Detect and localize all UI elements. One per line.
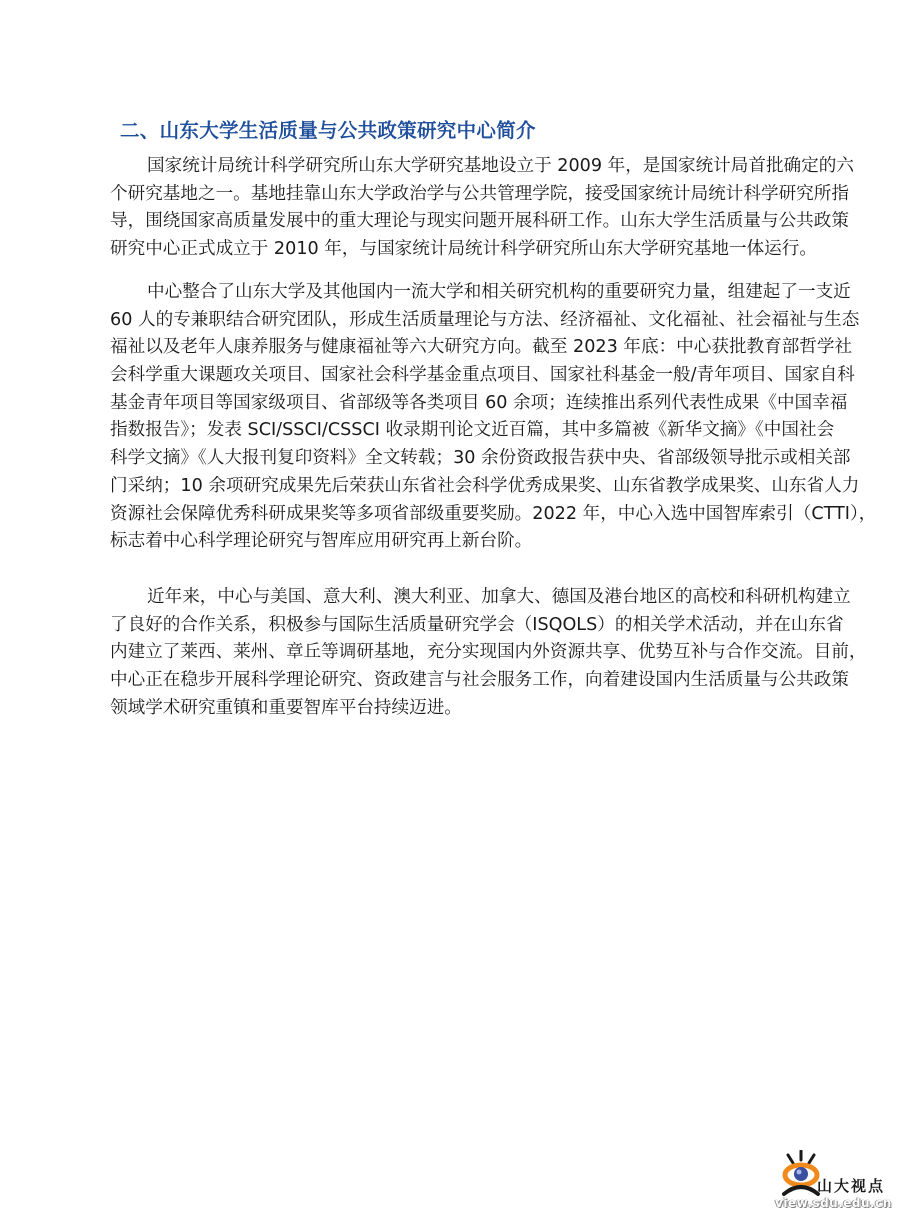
watermark-logo: 山大视点 view.sdu.edu.cn	[775, 1148, 900, 1213]
paragraph-3: 近年来，中心与美国、意大利、澳大利亚、加拿大、德国及港台地区的高校和科研机构建立…	[110, 584, 815, 722]
paragraph-line: 领域学术研究重镇和重要智库平台持续迈进。	[110, 695, 815, 723]
paragraph-line: 中心整合了山东大学及其他国内一流大学和相关研究机构的重要研究力量，组建起了一支近	[110, 279, 815, 307]
eye-logo-icon	[781, 1150, 821, 1198]
paragraph-line: 近年来，中心与美国、意大利、澳大利亚、加拿大、德国及港台地区的高校和科研机构建立	[110, 584, 815, 612]
watermark-url: view.sdu.edu.cn	[775, 1196, 892, 1210]
document-page: 二、山东大学生活质量与公共政策研究中心简介 国家统计局统计科学研究所山东大学研究…	[0, 0, 900, 1213]
paragraph-2: 中心整合了山东大学及其他国内一流大学和相关研究机构的重要研究力量，组建起了一支近…	[110, 279, 815, 556]
paragraph-line: 导，围绕国家高质量发展中的重大理论与现实问题开展科研工作。山东大学生活质量与公共…	[110, 208, 815, 236]
paragraph-line: 基金青年项目等国家级项目、省部级等各类项目 60 余项；连续推出系列代表性成果《…	[110, 390, 815, 418]
paragraph-line: 门采纳；10 余项研究成果先后荣获山东省社会科学优秀成果奖、山东省教学成果奖、山…	[110, 473, 815, 501]
paragraph-line: 内建立了莱西、莱州、章丘等调研基地，充分实现国内外资源共享、优势互补与合作交流。…	[110, 639, 815, 667]
paragraph-1: 国家统计局统计科学研究所山东大学研究基地设立于 2009 年，是国家统计局首批确…	[110, 153, 815, 264]
section-heading: 二、山东大学生活质量与公共政策研究中心简介	[120, 115, 536, 143]
paragraph-line: 国家统计局统计科学研究所山东大学研究基地设立于 2009 年，是国家统计局首批确…	[110, 153, 815, 181]
paragraph-line: 标志着中心科学理论研究与智库应用研究再上新台阶。	[110, 528, 815, 556]
paragraph-line: 科学文摘》《人大报刊复印资料》全文转载；30 余份资政报告获中央、省部级领导批示…	[110, 445, 815, 473]
paragraph-line: 60 人的专兼职结合研究团队，形成生活质量理论与方法、经济福祉、文化福祉、社会福…	[110, 307, 815, 335]
paragraph-line: 会科学重大课题攻关项目、国家社会科学基金重点项目、国家社科基金一般/青年项目、国…	[110, 362, 815, 390]
paragraph-line: 中心正在稳步开展科学理论研究、资政建言与社会服务工作，向着建设国内生活质量与公共…	[110, 667, 815, 695]
paragraph-line: 指数报告》；发表 SCI/SSCI/CSSCI 收录期刊论文近百篇，其中多篇被《…	[110, 417, 815, 445]
watermark-name: 山大视点	[817, 1175, 885, 1196]
paragraph-line: 资源社会保障优秀科研成果奖等多项省部级重要奖励。2022 年，中心入选中国智库索…	[110, 501, 815, 529]
paragraph-line: 了良好的合作关系，积极参与国际生活质量研究学会（ISQOLS）的相关学术活动，并…	[110, 612, 815, 640]
paragraph-line: 个研究基地之一。基地挂靠山东大学政治学与公共管理学院，接受国家统计局统计科学研究…	[110, 181, 815, 209]
paragraph-line: 福祉以及老年人康养服务与健康福祉等六大研究方向。截至 2023 年底：中心获批教…	[110, 334, 815, 362]
paragraph-line: 研究中心正式成立于 2010 年，与国家统计局统计科学研究所山东大学研究基地一体…	[110, 236, 815, 264]
